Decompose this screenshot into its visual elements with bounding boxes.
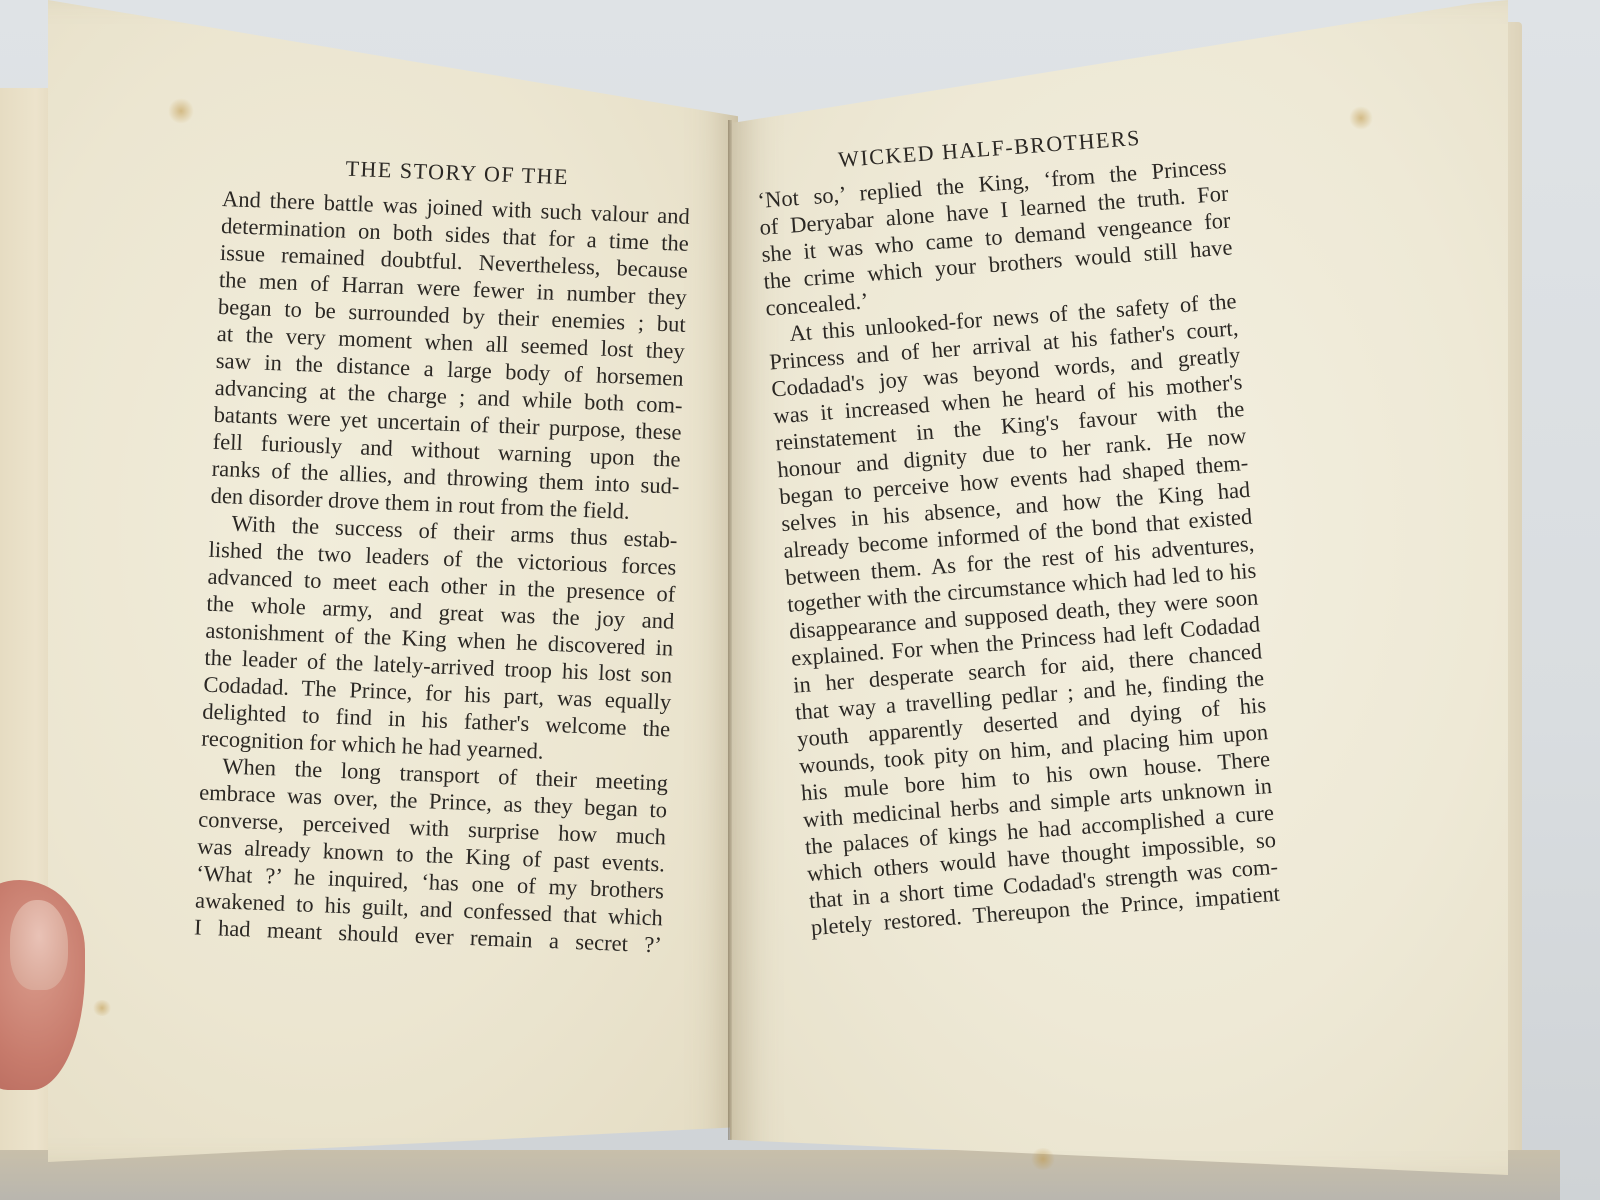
right-page-text: WICKED HALF-BROTHERS ‘Not so,’ replied t… — [754, 118, 1281, 941]
foxing-spot — [1030, 1148, 1056, 1170]
left-page-lines: And there battle was joined with such va… — [194, 185, 691, 958]
book-gutter — [728, 120, 732, 1140]
left-page-text: THE STORY OF THE And there battle was jo… — [194, 150, 692, 958]
right-page-lines: ‘Not so,’ replied the King, ‘from the Pr… — [757, 153, 1281, 941]
foxing-spot — [168, 98, 194, 124]
thumbnail — [10, 900, 68, 990]
foxing-spot — [1349, 106, 1373, 130]
photo-scene: THE STORY OF THE And there battle was jo… — [0, 0, 1600, 1200]
foxing-spot — [92, 1000, 112, 1016]
